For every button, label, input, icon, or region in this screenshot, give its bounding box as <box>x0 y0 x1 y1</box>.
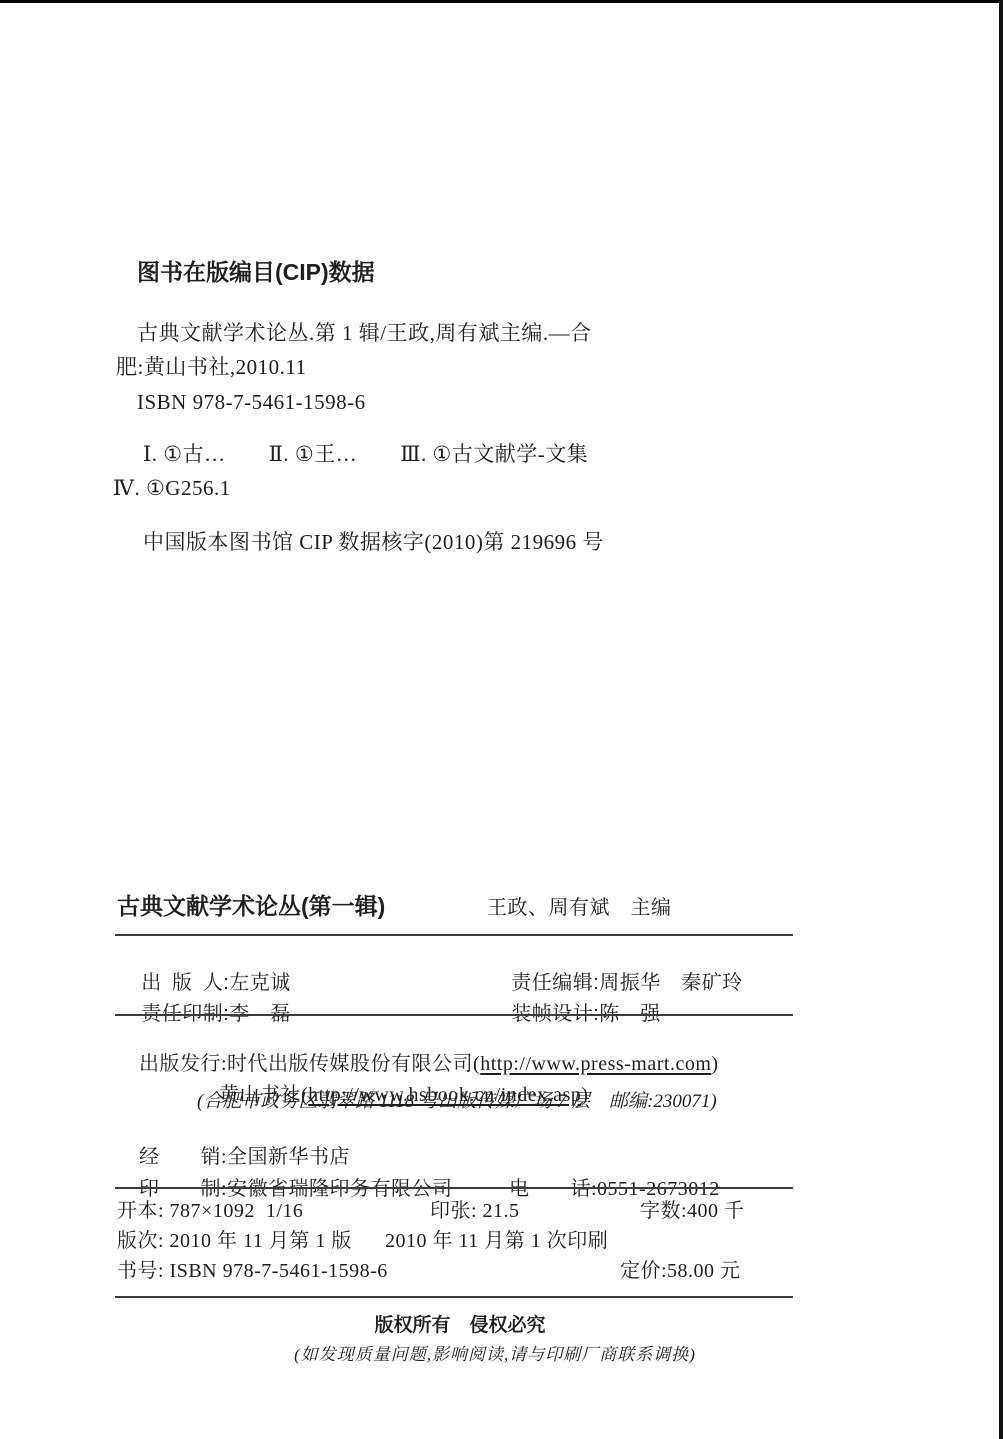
cip-classification-line-2: Ⅳ. ①G256.1 <box>113 475 231 501</box>
book-title: 古典文献学术论丛(第一辑) <box>117 892 385 921</box>
phone-value: :0551-2673012 <box>591 1178 720 1200</box>
cip-classification-line-1: Ⅰ. ①古… Ⅱ. ①王… Ⅲ. ①古文献学-文集 <box>143 441 588 467</box>
cip-heading: 图书在版编目(CIP)数据 <box>137 258 375 287</box>
publishing-paren-close: ) <box>711 1053 718 1075</box>
format-spec: 开本: 787×1092 1/16 <box>117 1199 303 1224</box>
divider-rule-3 <box>115 1187 793 1189</box>
book-number-spec: 书号: ISBN 978-7-5461-1598-6 <box>117 1259 388 1284</box>
press-address: (合肥市政务区翡翠路 1118 号出版传媒广场 7 层 邮编:230071) <box>197 1090 717 1114</box>
cip-isbn-line: ISBN 978-7-5461-1598-6 <box>137 389 366 415</box>
phone-label: 电话 <box>509 1177 591 1202</box>
printer-value: :安徽省瑞隆印务有限公司 <box>221 1178 453 1200</box>
impression-spec: 2010 年 11 月第 1 次印刷 <box>385 1229 608 1254</box>
word-count-spec: 字数:400 千 <box>640 1199 745 1224</box>
edition-spec: 版次: 2010 年 11 月第 1 版 <box>117 1229 352 1254</box>
divider-rule-2 <box>115 1014 793 1016</box>
cip-record-line: 中国版本图书馆 CIP 数据核字(2010)第 219696 号 <box>143 529 604 555</box>
divider-rule-4 <box>115 1296 793 1298</box>
sheets-spec: 印张: 21.5 <box>430 1199 520 1224</box>
copyright-page: 图书在版编目(CIP)数据 古典文献学术论丛.第 1 辑/王政,周有斌主编.—合… <box>0 0 1003 1439</box>
cip-entry-line-2: 肥:黄山书社,2010.11 <box>116 354 307 380</box>
scan-right-edge <box>999 0 1003 1439</box>
rights-notice: 版权所有 侵权必究 <box>110 1310 810 1337</box>
price-spec: 定价:58.00 元 <box>620 1259 741 1284</box>
divider-rule-1 <box>115 934 793 936</box>
book-editors: 王政、周有斌 主编 <box>487 896 672 921</box>
cip-entry-line-1: 古典文献学术论丛.第 1 辑/王政,周有斌主编.—合 <box>137 320 592 346</box>
scan-top-edge <box>0 0 1003 3</box>
quality-note: (如发现质量问题,影响阅读,请与印刷厂商联系调换) <box>145 1340 845 1365</box>
